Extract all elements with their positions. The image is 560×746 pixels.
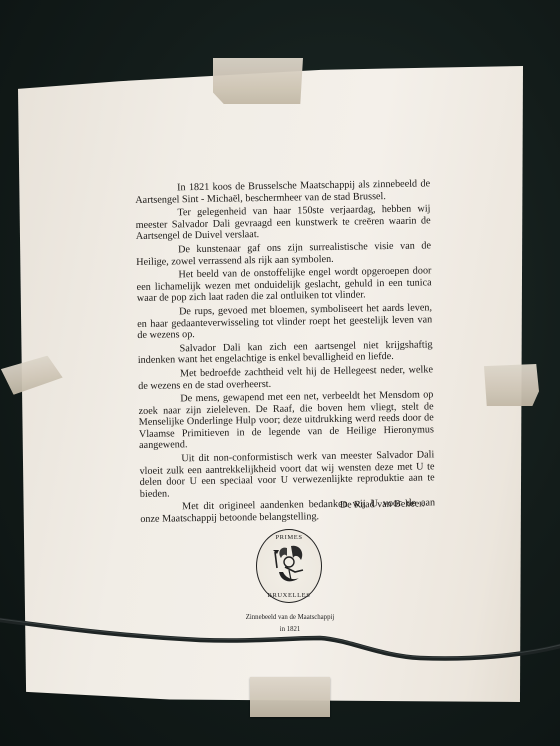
- signature: De Raad van Beheer.: [340, 498, 425, 510]
- paragraph: Met bedroefde zachtheid velt hij de Hell…: [138, 364, 433, 392]
- paragraph: Ter gelegenheid van haar 150ste verjaard…: [135, 204, 431, 243]
- archangel-emblem-icon: [269, 542, 309, 588]
- paragraph: In 1821 koos de Brusselsche Maatschappij…: [135, 178, 430, 206]
- paragraph: De rups, gevoed met bloemen, symboliseer…: [137, 302, 433, 341]
- paragraph: De mens, gewapend met een net, verbeeldt…: [138, 389, 434, 452]
- letter-body: In 1821 koos de Brusselsche Maatschappij…: [135, 178, 435, 527]
- paragraph: De kunstenaar gaf ons zijn surrealistisc…: [136, 240, 431, 268]
- tape-bottom: [250, 677, 330, 717]
- seal-bottom-text: BRUXELLES: [257, 592, 321, 599]
- paragraph: Salvador Dali kan zich een aartsengel ni…: [138, 339, 433, 367]
- tape-right: [484, 364, 539, 406]
- paragraph: Het beeld van de onstoffelijke engel wor…: [136, 266, 432, 305]
- society-seal: PRIMES BRUXELLES: [256, 529, 322, 603]
- seal-top-text: PRIMES: [257, 534, 321, 541]
- tape-top: [213, 58, 303, 104]
- hanging-cable: [0, 600, 560, 670]
- paragraph: Uit dit non-conformistisch werk van mees…: [139, 449, 435, 500]
